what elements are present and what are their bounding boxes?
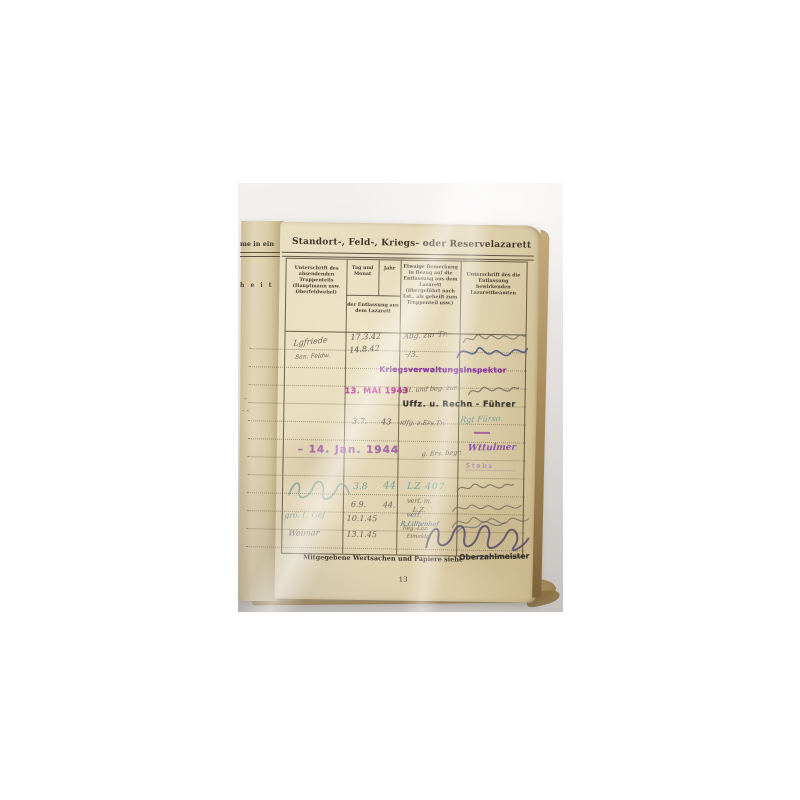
entry-date: 10.1.45 <box>347 514 378 523</box>
stamp-date-14-jan-1944: – 14. Jan. 1944 <box>298 443 400 456</box>
column-header-jahr: Jahr <box>380 265 400 271</box>
margin-pencil-mark: - <box>244 395 246 403</box>
table-subheader-line <box>346 295 400 297</box>
entry-remark: LZ 407 <box>407 482 445 493</box>
signature-scrawl <box>287 475 351 504</box>
document-photo: me in ein h e i t - · - Standort-, Feld-… <box>238 183 563 612</box>
entry-remark: g. Ers. begr. <box>421 448 462 458</box>
margin-pencil-mark: · - <box>242 407 249 415</box>
column-header-bemerkung: Etwaige Bemerkung in Bezug auf die Entla… <box>401 264 460 307</box>
stamp-stabs-partial: Stabs <box>465 462 515 472</box>
entry-signature-text: Rgt Fürso. <box>460 414 504 425</box>
signature-scrawl <box>455 339 529 366</box>
table-row-line <box>248 456 526 461</box>
column-header-tag-monat: Tag und Monat <box>347 265 377 277</box>
entry-remark: -/3. <box>405 350 418 359</box>
entry-remark-line1: verl. m. <box>406 497 432 505</box>
entry-year: 44 <box>383 480 396 491</box>
entry-date: 13.1.45 <box>346 530 377 539</box>
left-page-column-fragment: h e i t <box>240 282 274 289</box>
entry-unit: Weimar <box>288 528 320 538</box>
signature-scrawl <box>455 477 515 498</box>
column-header-unterschrift-truppenteil: Unterschrift des absendenden Truppenteil… <box>288 265 344 296</box>
soldbuch-page: Standort-, Feld-, Kriegs- oder Reservela… <box>274 222 542 603</box>
page-heading: Standort-, Feld-, Kriegs- oder Reservela… <box>292 237 532 251</box>
entry-unit: Lgfriede <box>293 335 328 348</box>
entry-year: 43 <box>381 417 391 426</box>
screenshot-background: { "left_page": { "heading_fragment": "me… <box>0 0 800 800</box>
entry-remark: idfg. z.Ers.Tr. <box>400 419 446 428</box>
page-number: 13 <box>399 576 408 584</box>
entry-date: 14.8.42 <box>349 344 380 355</box>
entry-year: 44. <box>383 500 396 509</box>
column-subheader-entlassung: der Entlassung aus dem Lazarett <box>346 302 400 315</box>
entry-date: 3.8 <box>353 482 367 492</box>
column-header-unterschrift-lazarettbeamter: Unterschrift des die Entlassung bewirken… <box>462 272 524 297</box>
entry-note: ent. und beg. zur <box>400 384 457 395</box>
entry-date: 3.7. <box>352 417 367 426</box>
signature-scrawl <box>467 381 521 402</box>
entry-unit-line2: San. Feldw. <box>295 352 330 361</box>
stamp-date-13-mai-1943: 13. MAI 1943 <box>345 386 409 395</box>
footer-print-text: Mitgegebene Wertsachen und Papiere siehe <box>303 553 463 564</box>
left-page-heading-fragment: me in ein <box>240 240 282 248</box>
purple-underline-mark <box>474 432 490 434</box>
entry-unit: grö. L. Gef <box>284 510 326 520</box>
entry-date: 6.9. <box>351 500 366 509</box>
stamp-uffz-rechn-fuehrer: Uffz. u. Rechn - Führer <box>402 399 515 408</box>
left-page-rule-fragment <box>240 252 282 257</box>
entry-remark-line1: verl. <box>406 511 422 519</box>
stamp-oberzahlmeister: Oberzahlmeister <box>459 551 529 561</box>
entry-date: 17.3.42 <box>350 332 381 342</box>
stamp-kriegsverwaltungsinspektor: Kriegsverwaltungsinspektor <box>365 365 521 375</box>
entry-signature-text: Wttulmer <box>467 443 516 454</box>
entry-remark: Abg. zur Tr. <box>403 329 448 340</box>
lazarett-table: Unterschrift des absendenden Truppenteil… <box>281 258 528 558</box>
